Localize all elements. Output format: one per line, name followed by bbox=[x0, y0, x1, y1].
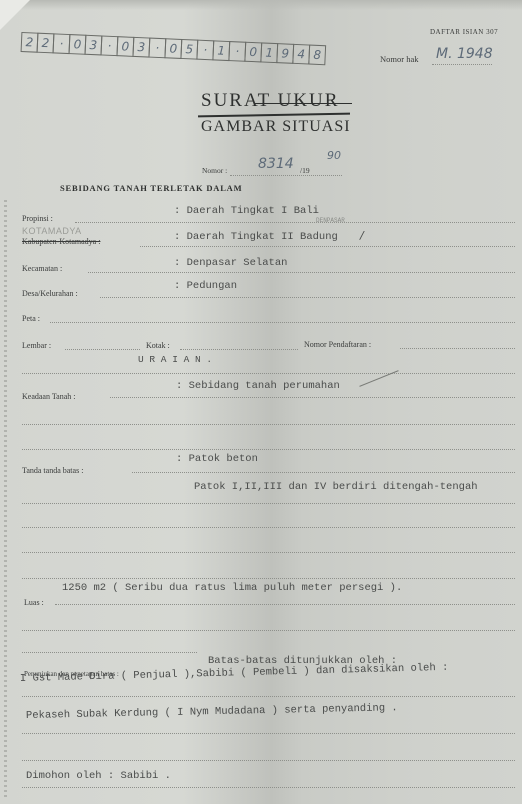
kabupaten-label: Kabupaten-Kotamadya : bbox=[22, 237, 100, 246]
dotted-line bbox=[75, 222, 515, 223]
kecamatan-label: Kecamatan : bbox=[22, 264, 62, 273]
title-surat-ukur: SURAT UKUR bbox=[201, 90, 339, 112]
dotted-line bbox=[88, 272, 515, 273]
title-rule bbox=[198, 113, 350, 117]
section-heading: SEBIDANG TANAH TERLETAK DALAM bbox=[60, 183, 242, 193]
dotted-line bbox=[140, 246, 515, 247]
nomor-value: 8314 bbox=[258, 156, 294, 172]
document-page: DAFTAR ISIAN 307 2 2 · 0 3 · 0 3 · 0 5 ·… bbox=[0, 0, 522, 804]
luas-label: Luas : bbox=[24, 598, 44, 607]
title-gambar-situasi: GAMBAR SITUASI bbox=[201, 118, 351, 136]
penunjukan-line3: Pekaseh Subak Kerdung ( I Nym Mudadana )… bbox=[26, 702, 398, 722]
nomor-label: Nomor : bbox=[202, 166, 227, 175]
tanda-batas-value: : Patok beton bbox=[176, 453, 258, 465]
dotted-line bbox=[22, 424, 515, 425]
dotted-line bbox=[22, 787, 515, 788]
dotted-line bbox=[22, 652, 197, 653]
luas-value: 1250 m2 ( Seribu dua ratus lima puluh me… bbox=[62, 582, 402, 594]
dotted-line bbox=[65, 349, 140, 350]
desa-label: Desa/Kelurahan : bbox=[22, 289, 78, 298]
year-value: 90 bbox=[327, 149, 341, 162]
nomor-hak-label: Nomor hak bbox=[380, 54, 418, 64]
propinsi-label: Propinsi : bbox=[22, 214, 53, 223]
dotted-line bbox=[110, 397, 515, 398]
tanda-batas-value2: Patok I,II,III dan IV berdiri ditengah-t… bbox=[194, 481, 478, 493]
keadaan-tanah-value: : Sebidang tanah perumahan bbox=[176, 380, 340, 392]
dotted-line bbox=[100, 297, 515, 298]
binding-edge bbox=[4, 200, 7, 800]
peta-label: Peta : bbox=[22, 314, 40, 323]
kabupaten-value: : Daerah Tingkat II Badung bbox=[174, 231, 338, 243]
parcel-id-boxes: 2 2 · 0 3 · 0 3 · 0 5 · 1 · 0 1 9 4 8 bbox=[22, 32, 327, 65]
dotted-line bbox=[22, 552, 515, 553]
kecamatan-value: : Denpasar Selatan bbox=[174, 257, 287, 269]
dotted-line bbox=[22, 373, 515, 374]
dotted-line bbox=[432, 64, 492, 65]
dotted-line bbox=[22, 733, 515, 734]
nomor-hak-value: M. 1948 bbox=[436, 46, 493, 62]
folded-corner bbox=[0, 0, 30, 30]
dotted-line bbox=[22, 630, 515, 631]
year-prefix: /19 bbox=[300, 166, 310, 175]
dotted-line bbox=[22, 760, 515, 761]
dotted-line bbox=[55, 604, 515, 605]
keadaan-tanah-label: Keadaan Tanah : bbox=[22, 392, 76, 401]
nomor-pendaftaran-label: Nomor Pendaftaran : bbox=[304, 340, 371, 349]
desa-value: : Pedungan bbox=[174, 280, 237, 292]
kotamadya-stamp: KOTAMADYA bbox=[22, 226, 82, 236]
dotted-line bbox=[400, 348, 515, 349]
dotted-line bbox=[180, 349, 298, 350]
id-box: 8 bbox=[308, 45, 326, 66]
dotted-line bbox=[22, 449, 515, 450]
dotted-line bbox=[230, 175, 342, 176]
strike-through bbox=[255, 103, 352, 104]
dotted-line bbox=[22, 578, 515, 579]
dotted-line bbox=[22, 527, 515, 528]
lembar-label: Lembar : bbox=[22, 341, 51, 350]
form-code: DAFTAR ISIAN 307 bbox=[430, 28, 498, 36]
dotted-line bbox=[132, 472, 515, 473]
dimohon-value: Dimohon oleh : Sabibi . bbox=[26, 770, 171, 782]
page-fold-shadow bbox=[0, 0, 522, 10]
kotak-label: Kotak : bbox=[146, 341, 170, 350]
dotted-line bbox=[22, 503, 515, 504]
tanda-batas-label: Tanda tanda batas : bbox=[22, 466, 83, 475]
correction-above: DENPASAR bbox=[316, 217, 345, 224]
check-mark: / bbox=[360, 229, 364, 242]
uraian-heading: U R A I A N . bbox=[138, 354, 212, 365]
propinsi-value: : Daerah Tingkat I Bali bbox=[174, 205, 319, 217]
dotted-line bbox=[50, 322, 515, 323]
dotted-line bbox=[22, 696, 515, 697]
